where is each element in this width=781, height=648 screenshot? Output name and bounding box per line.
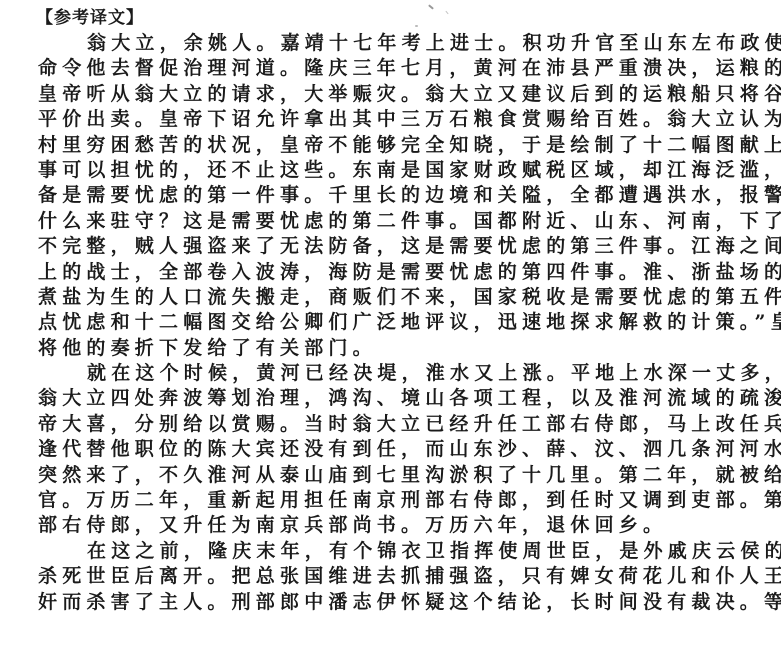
text-line: 翁大立，余姚人。嘉靖十七年考上进士。积功升官至山东左布政使。隆庆二年，（朝廷） xyxy=(38,31,706,56)
text-line: 平价出卖。皇帝下诏允许拿出其中三万石粮食赏赐给百姓。翁大立认为底层百姓困于水灾、 xyxy=(38,107,706,132)
text-line: 什么来驻守？这是需要忧虑的第二件事。国都附近、山东、河南，下了很久的雨，内外城墙 xyxy=(38,209,706,234)
text-line: 皇帝听从翁大立的请求，大举赈灾。翁大立又建议后到的运粮船只将谷子贮存在徐州仓内， xyxy=(38,82,706,107)
text-line: 村里穷困愁苦的状况，皇帝不能够完全知晓，于是绘制了十二幅图献上去。并且进言：“时 xyxy=(38,133,706,158)
text-line: 点忧虑和十二幅图交给公卿们广泛地评议，迅速地探求解救的计策。”皇帝留下图画观览， xyxy=(38,310,706,335)
text-line: 部右侍郎，又升任为南京兵部尚书。万历六年，退休回乡。 xyxy=(38,513,706,538)
text-line: 杀死世臣后离开。把总张国维进去抓捕强盗，只有婢女荷花儿和仆人王奎在，就认为二人通 xyxy=(38,564,706,589)
text-line: 煮盐为生的人口流失搬走，商贩们不来，国家税收是需要忧虑的第五件事。希望陛下将这五 xyxy=(38,285,706,310)
scan-artifact xyxy=(415,25,418,27)
translation-page: 【参考译文】 翁大立，余姚人。嘉靖十七年考上进士。积功升官至山东左布政使。隆庆二… xyxy=(38,5,706,615)
text-line: 奸而杀害了主人。刑部郎中潘志伊怀疑这个结论，长时间没有裁决。等到翁大立以侍郎的身 xyxy=(38,590,706,615)
text-line: 逢代替他职位的陈大宾还没有到任，而山东沙、薛、汶、泗几条河河水突然上涨，黄河水又 xyxy=(38,437,706,462)
text-line: 就在这个时候，黄河已经决堤，淮水又上涨。平地上水深一丈多，许多百姓被淹死了。 xyxy=(38,361,706,386)
text-line: 命令他去督促治理河道。隆庆三年七月，黄河在沛县严重溃决，运粮的船只受阻无法前进。 xyxy=(38,56,706,81)
text-line: 事可以担忧的，还不止这些。东南是国家财政赋税区域，却江海泛滥，颗粒无收，京城的储 xyxy=(38,158,706,183)
paragraph-3: 在这之前，隆庆末年，有个锦衣卫指挥使周世臣，是外戚庆云侯的后代。强盗进入他家， … xyxy=(38,539,706,615)
text-line: 将他的奏折下发给了有关部门。 xyxy=(38,336,706,361)
text-line: 翁大立四处奔波筹划治理，鸿沟、境山各项工程，以及淮河流域的疏浚工程，先后完成。皇 xyxy=(38,386,706,411)
section-title: 【参考译文】 xyxy=(36,5,706,31)
paragraph-2: 就在这个时候，黄河已经决堤，淮水又上涨。平地上水深一丈多，许多百姓被淹死了。 翁… xyxy=(38,361,706,539)
text-line: 官。万历二年，重新起用担任南京刑部右侍郎，到任时又调到吏部。第二年调入北京担任刑 xyxy=(38,488,706,513)
text-line: 不完整，贼人强盗来了无法防备，这是需要忧虑的第三件事。江海之间飓风掀起大浪，船舰 xyxy=(38,234,706,259)
paragraph-1: 翁大立，余姚人。嘉靖十七年考上进士。积功升官至山东左布政使。隆庆二年，（朝廷） … xyxy=(38,31,706,361)
text-line: 帝大喜，分别给以赏赐。当时翁大立已经升任工部右侍郎，马上改任兵部，担任左侍郎。适 xyxy=(38,412,706,437)
text-line: 在这之前，隆庆末年，有个锦衣卫指挥使周世臣，是外戚庆云侯的后代。强盗进入他家， xyxy=(38,539,706,564)
text-line: 备是需要忧虑的第一件事。千里长的边境和关隘，全都遭遇洪水，报警台和堡垒坍塌，依仗 xyxy=(38,183,706,208)
text-line: 上的战士，全部卷入波涛，海防是需要忧虑的第四件事。淮、浙盐场的咸泥全部被冲没了， xyxy=(38,260,706,285)
text-line: 突然来了，不久淮河从泰山庙到七里沟淤积了十几里。第二年，就被给事中宋良佐弹劾而罢 xyxy=(38,463,706,488)
